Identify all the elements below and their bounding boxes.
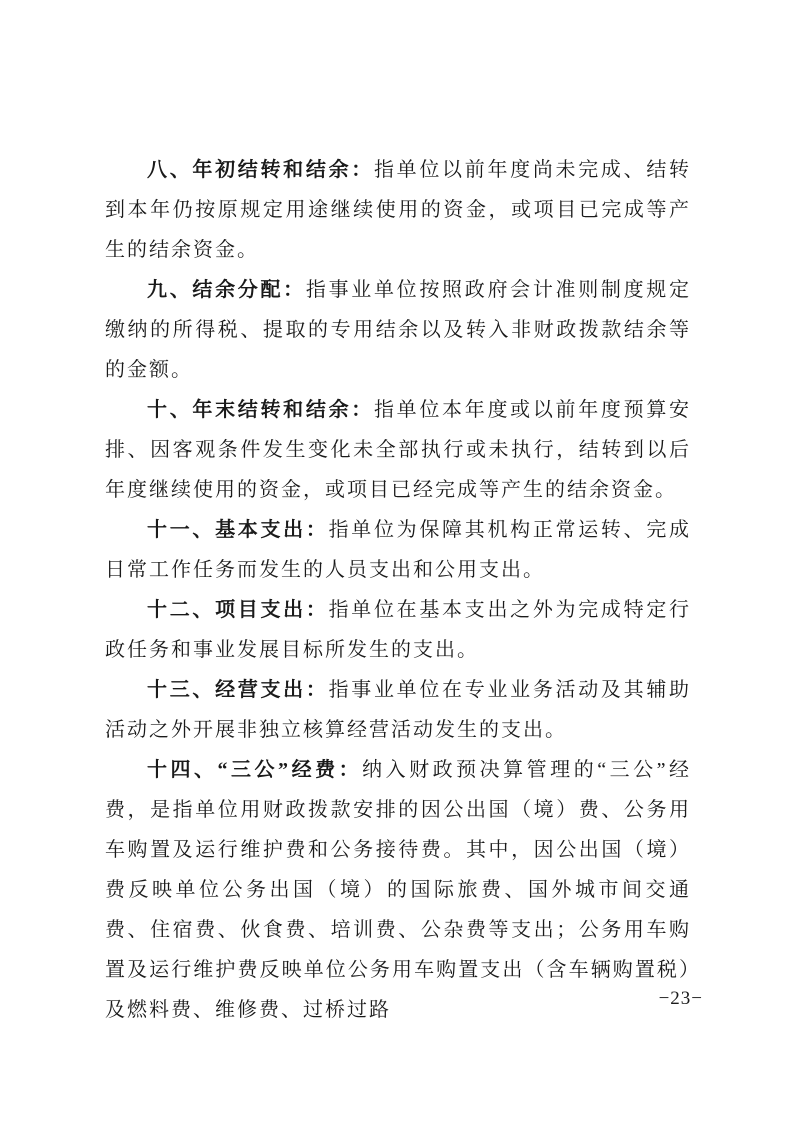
page-number: −23−: [659, 988, 703, 1010]
term-heading: 十四、“三公”经费：: [147, 759, 362, 781]
term-heading: 十一、基本支出：: [147, 519, 329, 541]
definition-paragraph: 九、结余分配：指事业单位按照政府会计准则制度规定缴纳的所得税、提取的专用结余以及…: [105, 270, 691, 390]
definition-paragraph: 十一、基本支出：指单位为保障其机构正常运转、完成日常工作任务而发生的人员支出和公…: [105, 510, 691, 590]
definition-paragraph: 八、年初结转和结余：指单位以前年度尚未完成、结转到本年仍按原规定用途继续使用的资…: [105, 150, 691, 270]
term-heading: 十、年末结转和结余：: [147, 399, 374, 421]
term-heading: 九、结余分配：: [147, 279, 306, 301]
definition-paragraph: 十二、项目支出：指单位在基本支出之外为完成特定行政任务和事业发展目标所发生的支出…: [105, 590, 691, 670]
definition-paragraph: 十三、经营支出：指事业单位在专业业务活动及其辅助活动之外开展非独立核算经营活动发…: [105, 670, 691, 750]
term-definition: 纳入财政预决算管理的“三公”经费，是指单位用财政拨款安排的因公出国（境）费、公务…: [105, 759, 691, 1021]
term-heading: 八、年初结转和结余：: [147, 159, 374, 181]
document-page: 八、年初结转和结余：指单位以前年度尚未完成、结转到本年仍按原规定用途继续使用的资…: [0, 0, 793, 1122]
term-heading: 十三、经营支出：: [147, 679, 329, 701]
document-body: 八、年初结转和结余：指单位以前年度尚未完成、结转到本年仍按原规定用途继续使用的资…: [105, 150, 691, 1030]
term-heading: 十二、项目支出：: [147, 599, 329, 621]
definition-paragraph: 十、年末结转和结余：指单位本年度或以前年度预算安排、因客观条件发生变化未全部执行…: [105, 390, 691, 510]
definition-paragraph: 十四、“三公”经费：纳入财政预决算管理的“三公”经费，是指单位用财政拨款安排的因…: [105, 750, 691, 1030]
